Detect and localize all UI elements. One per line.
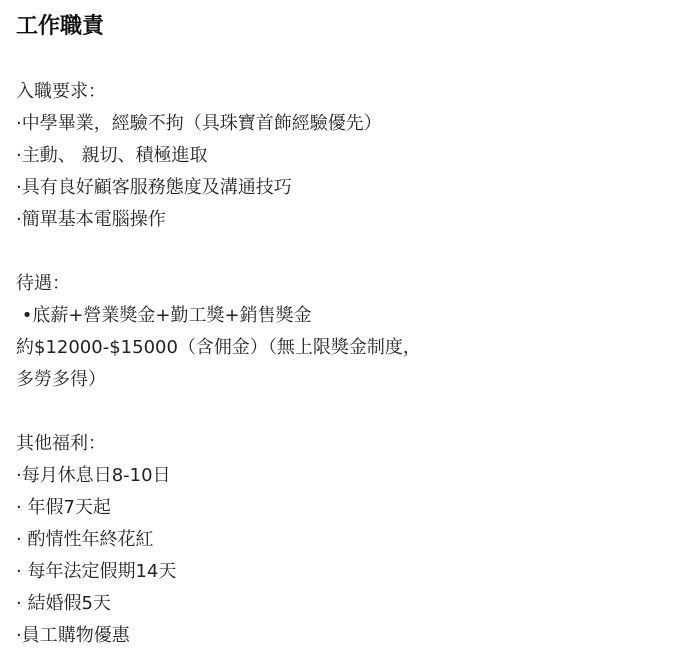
benefits-heading: 其他福利：: [16, 428, 680, 460]
benefit-item: · 每年法定假期14天: [16, 556, 680, 588]
benefit-item: · 結婚假5天: [16, 588, 680, 620]
spacer: [16, 236, 680, 268]
requirement-item: ·中學畢業，經驗不拘（具珠寶首飾經驗優先）: [16, 108, 680, 140]
benefit-item: ·每月休息日8-10日: [16, 460, 680, 492]
benefit-item: ·員工購物優惠: [16, 620, 680, 652]
benefit-item: · 酌情性年終花紅: [16, 524, 680, 556]
requirement-item: ·主動、 親切、積極進取: [16, 140, 680, 172]
requirement-item: ·具有良好顧客服務態度及溝通技巧: [16, 172, 680, 204]
compensation-item: 多勞多得）: [16, 364, 680, 396]
requirement-item: ·簡單基本電腦操作: [16, 204, 680, 236]
requirements-heading: 入職要求：: [16, 76, 680, 108]
spacer: [16, 396, 680, 428]
benefit-item: · 年假7天起: [16, 492, 680, 524]
compensation-item: 約$12000-$15000（含佣金）（無上限獎金制度，: [16, 332, 680, 364]
compensation-heading: 待遇：: [16, 268, 680, 300]
compensation-item: •底薪+營業獎金+勤工獎+銷售獎金: [16, 300, 680, 332]
job-description: 工作職責 入職要求： ·中學畢業，經驗不拘（具珠寶首飾經驗優先） ·主動、 親切…: [0, 0, 696, 652]
description-body: 入職要求： ·中學畢業，經驗不拘（具珠寶首飾經驗優先） ·主動、 親切、積極進取…: [16, 76, 680, 652]
page-title: 工作職責: [16, 12, 680, 42]
